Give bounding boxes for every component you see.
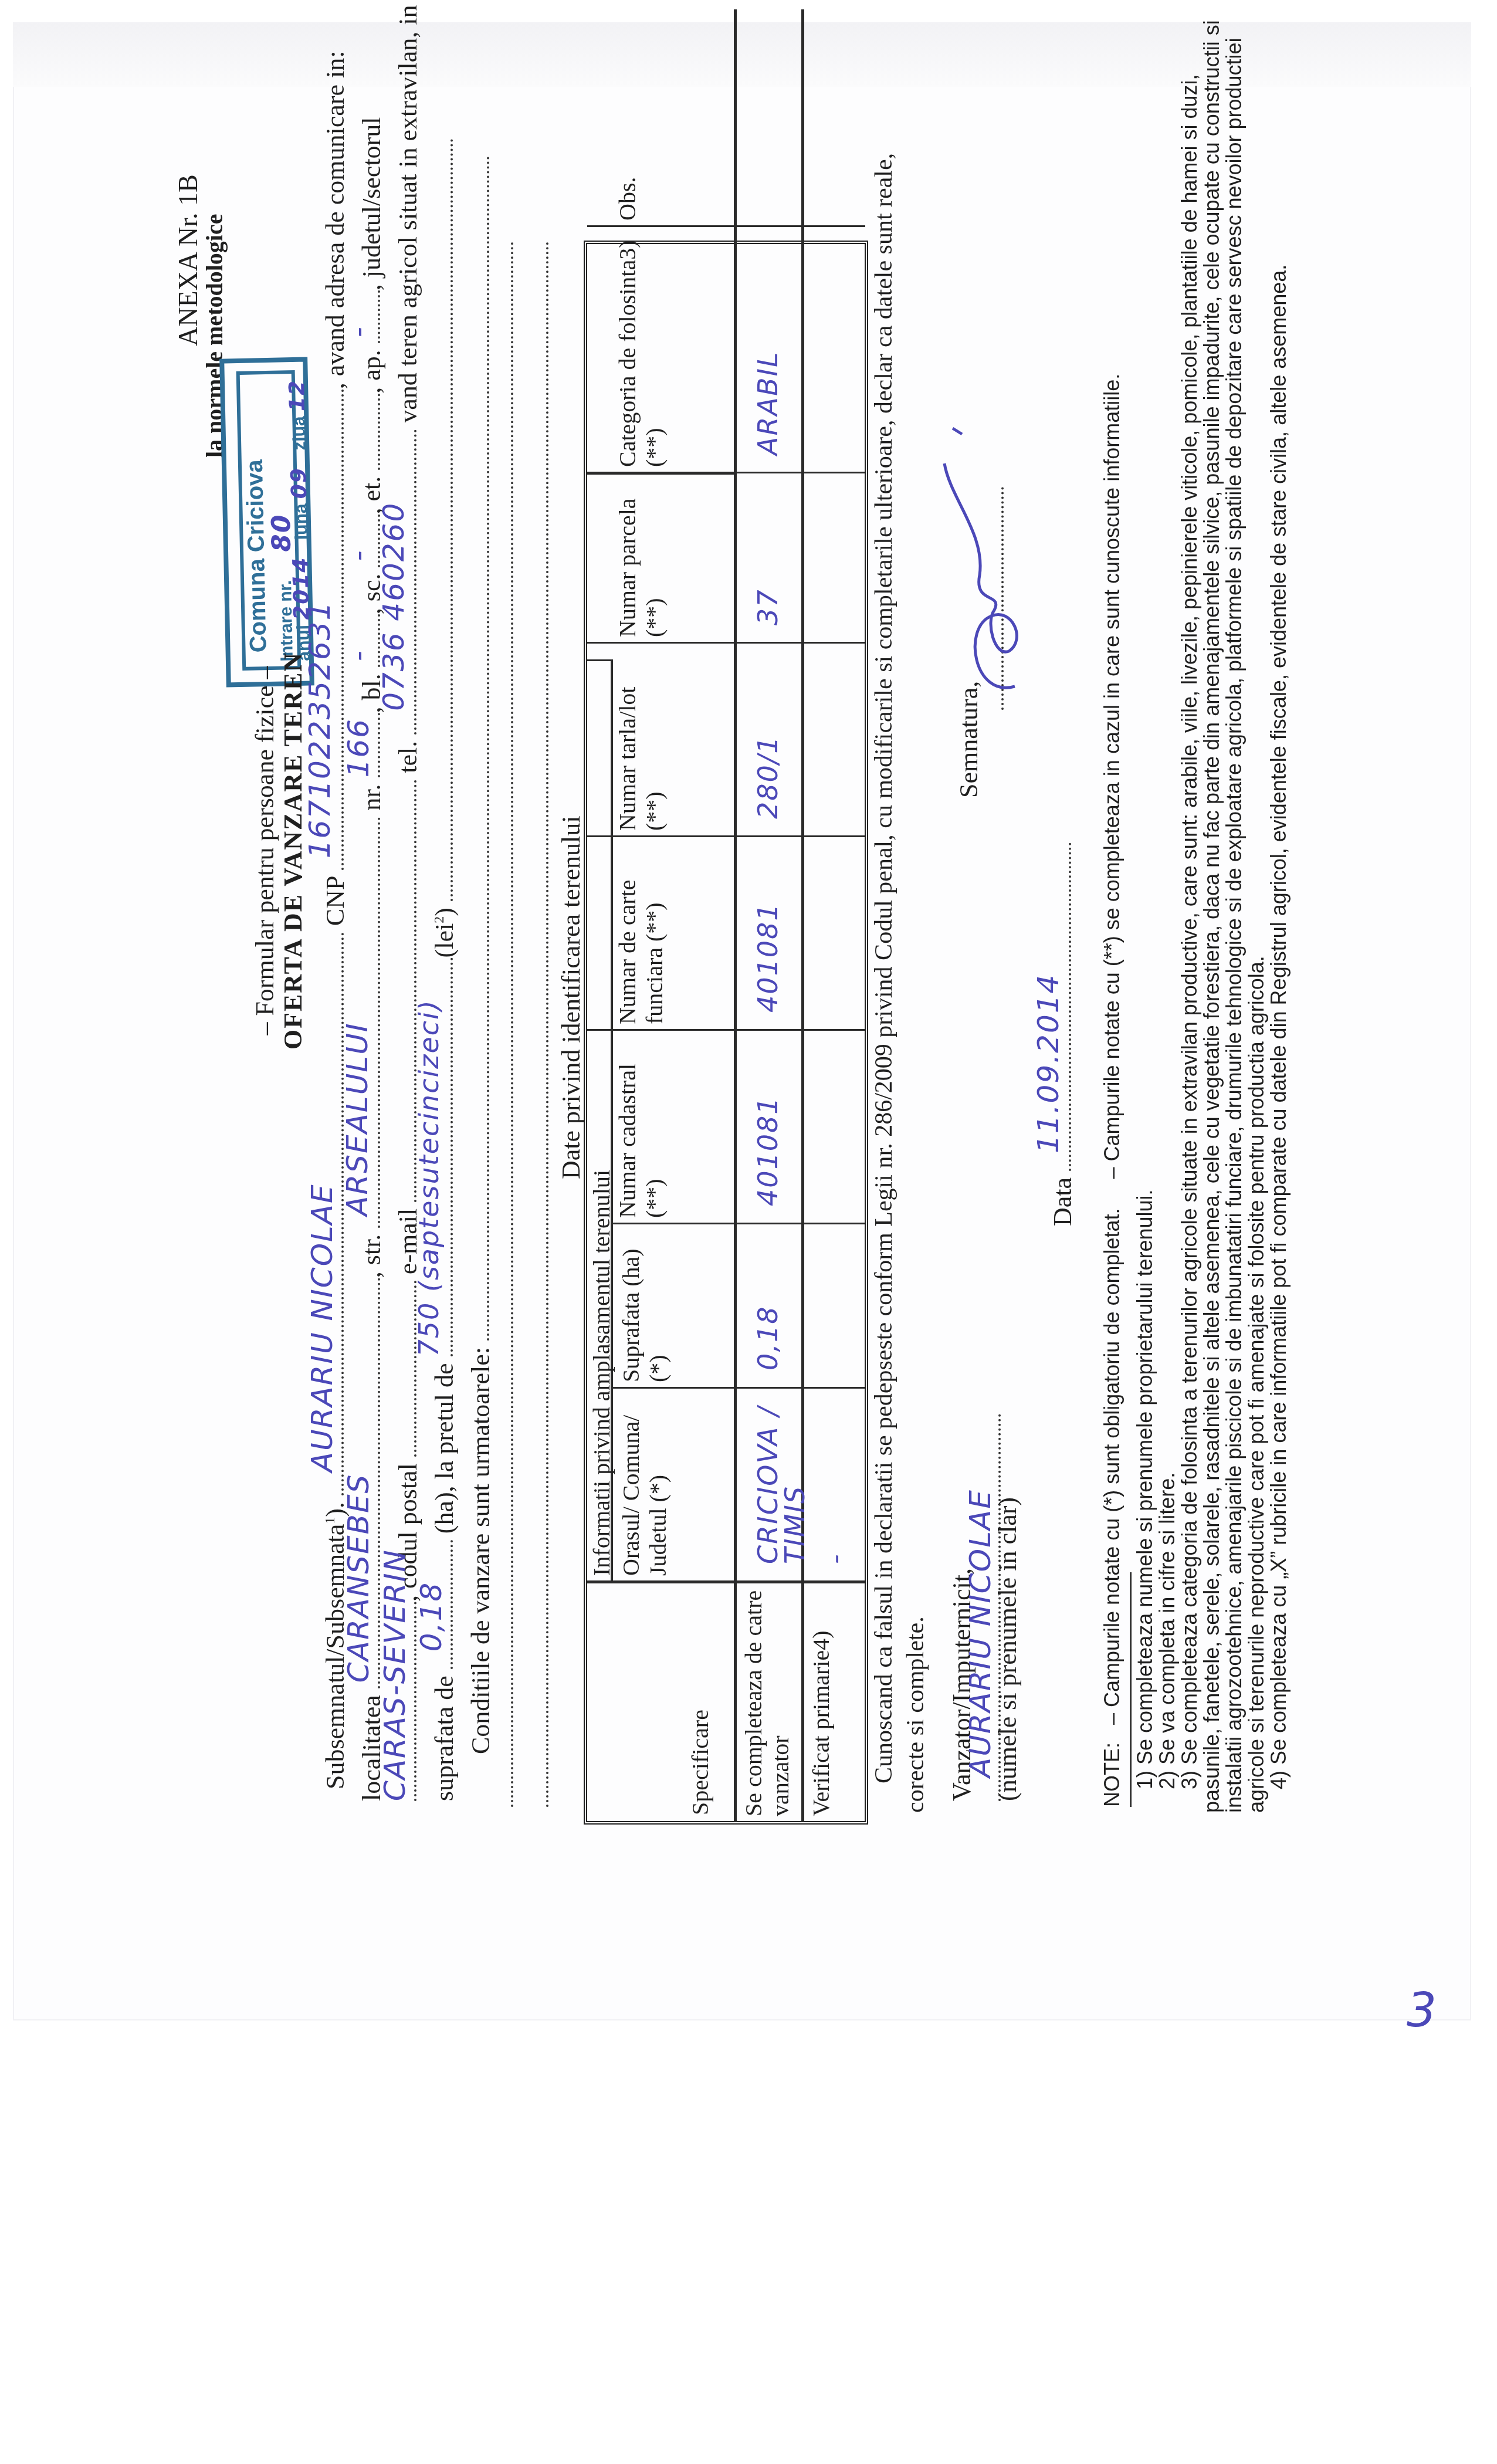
- name-value: AURARIU NICOLAE: [307, 1183, 337, 1472]
- nr-field[interactable]: 166: [378, 713, 380, 777]
- column-header: Numar tarla/lot (**): [587, 642, 737, 835]
- nr-label: nr.: [357, 784, 386, 810]
- tel-field[interactable]: 0736 460260: [414, 429, 416, 735]
- conditions-line-3[interactable]: [546, 241, 548, 1807]
- date-label: Data: [1048, 1177, 1077, 1226]
- column-header: Orasul/ Comuna/ Judetul (*): [613, 1387, 737, 1580]
- notes-label: NOTE:: [1100, 1742, 1124, 1807]
- stamp-day: 12: [285, 380, 310, 412]
- cnp-value: 1671022352631: [305, 601, 334, 859]
- stamp-day-label: ziua: [289, 416, 309, 451]
- form-type: – Formular pentru persoane fizice –: [252, 616, 278, 1085]
- rotated-document: ANEXA Nr. 1B la normele metodologice Com…: [147, 65, 1496, 1825]
- annex-label: ANEXA Nr. 1B: [175, 174, 202, 346]
- footnote-rule: [1130, 1572, 1132, 1807]
- footnote-3-cont-1: pasunile, fanetele, serele, solarele, ra…: [1201, 20, 1222, 1813]
- price-rest-dots: [451, 138, 453, 901]
- ap-label: ap.: [357, 350, 386, 381]
- tel-value: 0736 460260: [379, 502, 408, 711]
- footnote-2: 2) Se va completa in cifre si litere.: [1157, 1473, 1178, 1789]
- table-cell[interactable]: 280/1: [737, 642, 804, 835]
- table-cell[interactable]: 401081: [737, 835, 804, 1029]
- ap-value: -: [344, 326, 373, 337]
- date-value: 11.09.2014: [1034, 974, 1063, 1153]
- table-title: Date privind identificarea terenului: [558, 816, 584, 1179]
- judet-label: judetul/sectorul: [357, 117, 386, 278]
- table-cell[interactable]: [804, 1223, 865, 1387]
- suprafata-label: suprafata de: [430, 1676, 459, 1801]
- handwritten-signature: [939, 405, 1044, 710]
- line-price: suprafata de 0,18 (ha), la pretul de 750…: [432, 138, 458, 1801]
- judet-value: CARAS-SEVERIN: [380, 1549, 409, 1801]
- conditions-field[interactable]: [487, 155, 489, 1341]
- sc-value: -: [344, 549, 373, 561]
- ap-field[interactable]: -: [378, 290, 380, 343]
- cell-value: 37: [754, 588, 781, 625]
- et-field[interactable]: [378, 394, 380, 470]
- suprafata-field[interactable]: 0,18: [451, 1540, 453, 1669]
- table-cell[interactable]: CRICIOVA / TIMIS: [737, 1387, 804, 1580]
- declaration-text: Cunoscand ca falsul in declaratii se ped…: [872, 153, 896, 1783]
- line-conditions: Conditiile de vanzare sunt urmatoarele:: [468, 155, 494, 1754]
- column-header: Obs.: [587, 9, 737, 225]
- footnote-4: 4) Se completeaza cu „X” rubricile in ca…: [1268, 265, 1289, 1789]
- cell-value: 0,18: [754, 1306, 781, 1370]
- street-value: ARSEALULUI: [343, 1023, 372, 1216]
- table-cell[interactable]: [804, 472, 865, 642]
- cell-value: 401081: [754, 1096, 781, 1206]
- spec-header-cell: Specificare: [587, 1580, 737, 1821]
- column-header: Suprafata (ha) (*): [613, 1223, 737, 1387]
- name-hint: (numele si prenumele in clar): [995, 1497, 1021, 1801]
- table-cell[interactable]: [737, 9, 804, 225]
- street-field[interactable]: ARSEALULUI: [378, 817, 380, 1228]
- stamp-month: 09: [287, 467, 311, 499]
- notes-line: NOTE: – Campurile notate cu (*) sunt obl…: [1102, 374, 1123, 1807]
- footnote-3: 3) Se completeaza categoria de folosinta…: [1179, 74, 1200, 1789]
- row-label: Verificat primarie4): [804, 1580, 865, 1821]
- lei-label: (lei: [430, 923, 459, 958]
- spec-header: Specificare: [687, 1710, 714, 1815]
- row-label: Se completeaza de catre vanzator: [737, 1580, 804, 1821]
- bl-value: -: [344, 649, 373, 661]
- cell-value: ARABIL: [754, 351, 781, 455]
- avand-adresa-text: , avand adresa de comunicare in:: [321, 51, 350, 390]
- suprafata-value: 0,18: [416, 1582, 446, 1651]
- note-optional: – Campurile notate cu (**) se completeaz…: [1100, 374, 1124, 1179]
- table-cell[interactable]: ARABIL: [737, 225, 804, 472]
- cnp-label: CNP: [321, 876, 350, 926]
- footnote-3-cont-2: instalatii agrozootehnice, amenajarile p…: [1224, 38, 1245, 1813]
- vanzator-name: AURARIU NICOLAE: [966, 1489, 995, 1778]
- cell-value: 280/1: [754, 735, 781, 819]
- declaration-text-2: corecte si complete.: [903, 1616, 928, 1813]
- note-required: – Campurile notate cu (*) sunt obligator…: [1100, 1208, 1124, 1724]
- footnote-3-cont-3: agricole si terenurile neproductive care…: [1246, 956, 1267, 1813]
- vand-text: vand teren agricol situat in extravilan,…: [394, 5, 422, 422]
- column-header: Numar de carte funciara (**): [587, 835, 737, 1029]
- conditions-line-2[interactable]: [511, 241, 513, 1807]
- line-contact: CARAS-SEVERIN , codul postal e-mail tel.…: [395, 5, 421, 1801]
- page-number: 3: [1407, 1983, 1437, 2037]
- table-cell[interactable]: 401081: [737, 1029, 804, 1223]
- column-header: Numar cadastral (**): [587, 1029, 737, 1223]
- date-field[interactable]: 11.09.2014: [1069, 842, 1071, 1171]
- footnote-1: 1) Se completeaza numele si prenumele pr…: [1134, 1189, 1156, 1789]
- tel-label: tel.: [394, 741, 422, 773]
- table-cell[interactable]: [804, 225, 865, 472]
- conditions-label: Conditiile de vanzare sunt urmatoarele:: [466, 1347, 495, 1754]
- table-cell[interactable]: [804, 642, 865, 835]
- cell-value: 401081: [754, 902, 781, 1013]
- localitatea-value: CARANSEBES: [344, 1474, 373, 1683]
- table-cell[interactable]: -: [804, 1387, 865, 1580]
- column-header: Numar parcela (**): [587, 472, 737, 642]
- date-line: Data 11.09.2014: [1050, 842, 1076, 1226]
- table-cell[interactable]: [804, 835, 865, 1029]
- price-value: 750 (saptesutecincizeci): [415, 999, 442, 1356]
- table-cell[interactable]: 37: [737, 472, 804, 642]
- table-cell[interactable]: [804, 1029, 865, 1223]
- cell-value: CRICIOVA / TIMIS: [754, 1393, 808, 1564]
- column-header: Categoria de folosinta3) (**): [587, 225, 737, 472]
- stamp-month-label: luna: [291, 503, 311, 540]
- et-label: et.: [357, 476, 386, 502]
- table-cell[interactable]: 0,18: [737, 1223, 804, 1387]
- land-table: Specificare Informatii privind amplasame…: [584, 241, 868, 1825]
- str-label: str.: [357, 1234, 386, 1265]
- nr-value: 166: [344, 718, 373, 777]
- table-cell[interactable]: [804, 9, 865, 225]
- cnp-field[interactable]: 1671022352631: [341, 389, 344, 870]
- price-field[interactable]: 750 (saptesutecincizeci): [451, 957, 453, 1356]
- cell-value: -: [822, 1553, 849, 1564]
- ha-pret-label: (ha), la pretul de: [430, 1363, 459, 1534]
